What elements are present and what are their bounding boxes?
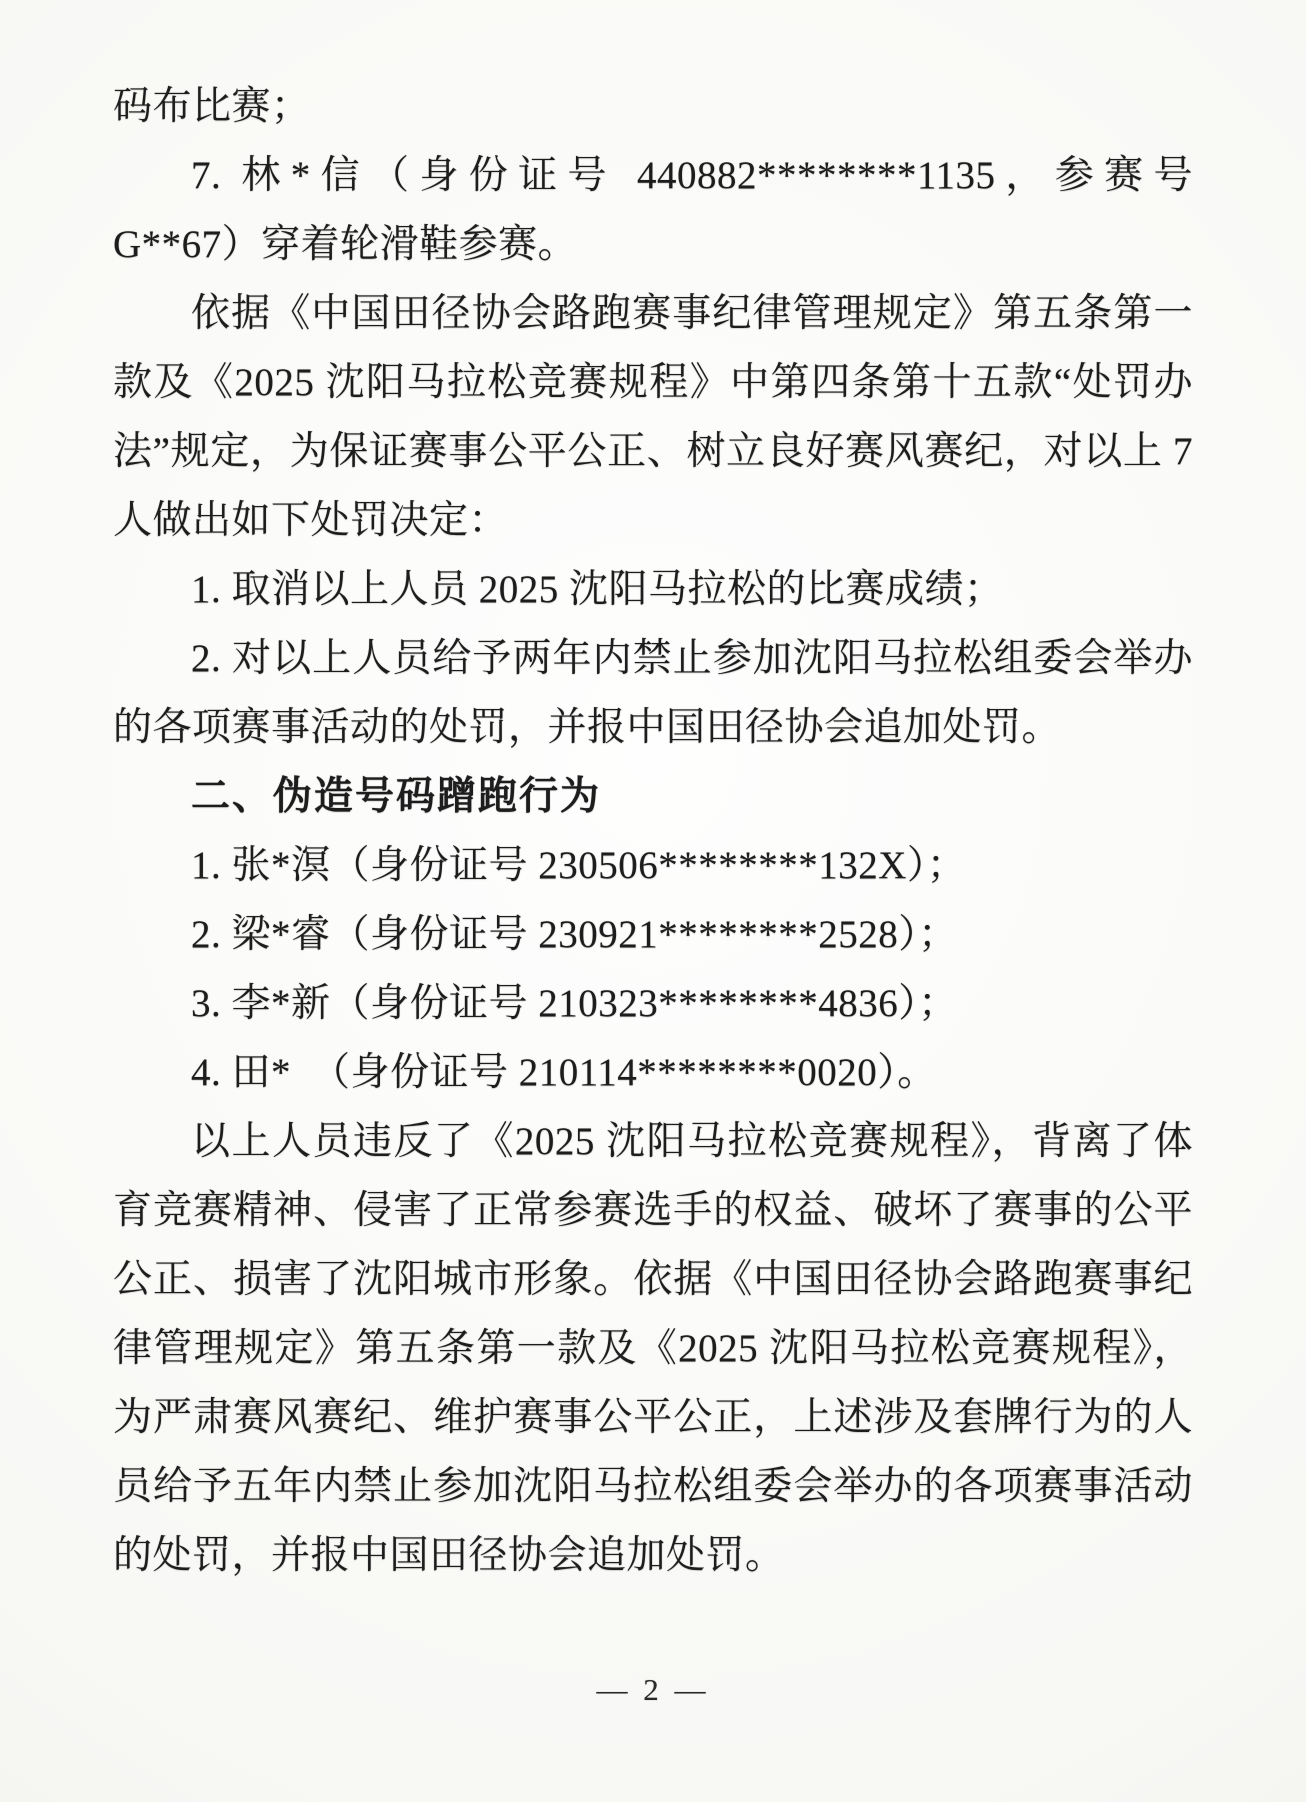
- penalty-decision-item-1: 1. 取消以上人员 2025 沈阳马拉松的比赛成绩；: [113, 555, 1193, 624]
- offender-item-4: 4. 田* （身份证号 210114********0020）。: [113, 1038, 1193, 1107]
- document-body: 码布比赛； 7. 林*信（身份证号 440882********1135，参赛号…: [113, 72, 1193, 1590]
- section-heading-fake-bib: 二、伪造号码蹭跑行为: [113, 762, 1193, 831]
- offender-item-3: 3. 李*新（身份证号 210323********4836）；: [113, 969, 1193, 1038]
- list-item-runner-7: 7. 林*信（身份证号 440882********1135，参赛号 G**67…: [113, 141, 1193, 279]
- page-number: — 2 —: [0, 1672, 1306, 1708]
- penalty-decision-item-2: 2. 对以上人员给予两年内禁止参加沈阳马拉松组委会举办的各项赛事活动的处罚，并报…: [113, 624, 1193, 762]
- offender-item-1: 1. 张*溟（身份证号 230506********132X）；: [113, 831, 1193, 900]
- paragraph-continuation: 码布比赛；: [113, 72, 1193, 141]
- offender-item-2: 2. 梁*睿（身份证号 230921********2528）；: [113, 900, 1193, 969]
- document-page: 码布比赛； 7. 林*信（身份证号 440882********1135，参赛号…: [0, 0, 1306, 1802]
- paragraph-five-year-ban: 以上人员违反了《2025 沈阳马拉松竞赛规程》，背离了体育竞赛精神、侵害了正常参…: [113, 1107, 1193, 1590]
- paragraph-penalty-basis: 依据《中国田径协会路跑赛事纪律管理规定》第五条第一款及《2025 沈阳马拉松竞赛…: [113, 279, 1193, 555]
